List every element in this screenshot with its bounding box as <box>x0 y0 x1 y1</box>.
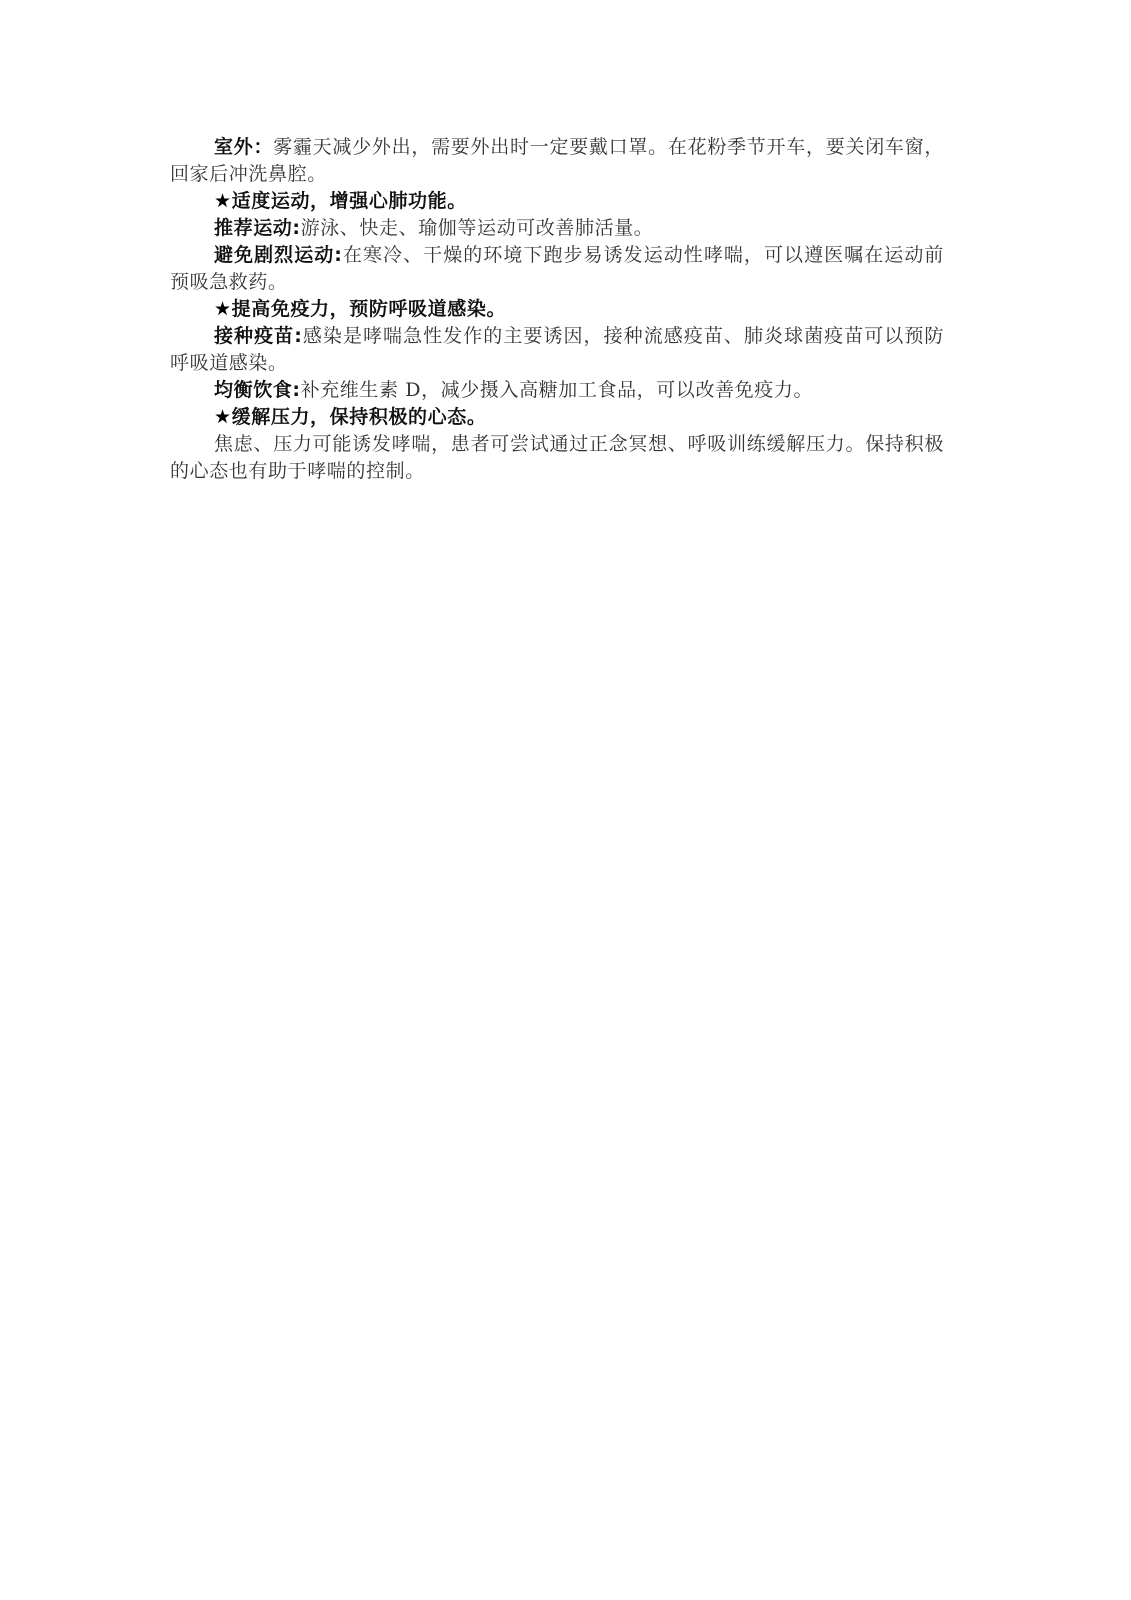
paragraph-balanced-diet: 均衡饮食:补充维生素 D，减少摄入高糖加工食品，可以改善免疫力。 <box>170 377 944 404</box>
paragraph-outdoor: 室外：雾霾天减少外出，需要外出时一定要戴口罩。在花粉季节开车，要关闭车窗，回家后… <box>170 134 944 188</box>
text-stress-relief: 焦虑、压力可能诱发哮喘，患者可尝试通过正念冥想、呼吸训练缓解压力。保持积极的心态… <box>170 433 944 482</box>
label-avoid-intense-exercise: 避免剧烈运动: <box>214 244 343 266</box>
paragraph-vaccination: 接种疫苗:感染是哮喘急性发作的主要诱因，接种流感疫苗、肺炎球菌疫苗可以预防呼吸道… <box>170 323 944 377</box>
star-icon: ★ <box>214 190 232 212</box>
paragraph-avoid-intense-exercise: 避免剧烈运动:在寒冷、干燥的环境下跑步易诱发运动性哮喘，可以遵医嘱在运动前预吸急… <box>170 242 944 296</box>
heading-exercise: ★适度运动，增强心肺功能。 <box>170 188 944 215</box>
document-page: 室外：雾霾天减少外出，需要外出时一定要戴口罩。在花粉季节开车，要关闭车窗，回家后… <box>170 134 944 485</box>
label-vaccination: 接种疫苗: <box>214 325 302 347</box>
label-outdoor: 室外： <box>214 136 273 158</box>
heading-exercise-text: 适度运动，增强心肺功能。 <box>232 190 467 212</box>
heading-immunity: ★提高免疫力，预防呼吸道感染。 <box>170 296 944 323</box>
heading-stress-text: 缓解压力，保持积极的心态。 <box>232 406 487 428</box>
label-balanced-diet: 均衡饮食: <box>214 379 301 401</box>
star-icon: ★ <box>214 298 232 320</box>
text-balanced-diet: 补充维生素 D，减少摄入高糖加工食品，可以改善免疫力。 <box>301 379 813 401</box>
text-recommended-exercise: 游泳、快走、瑜伽等运动可改善肺活量。 <box>301 217 654 239</box>
text-outdoor: 雾霾天减少外出，需要外出时一定要戴口罩。在花粉季节开车，要关闭车窗，回家后冲洗鼻… <box>170 136 944 185</box>
label-recommended-exercise: 推荐运动: <box>214 217 301 239</box>
heading-stress: ★缓解压力，保持积极的心态。 <box>170 404 944 431</box>
paragraph-stress-relief: 焦虑、压力可能诱发哮喘，患者可尝试通过正念冥想、呼吸训练缓解压力。保持积极的心态… <box>170 431 944 485</box>
heading-immunity-text: 提高免疫力，预防呼吸道感染。 <box>232 298 506 320</box>
paragraph-recommended-exercise: 推荐运动:游泳、快走、瑜伽等运动可改善肺活量。 <box>170 215 944 242</box>
star-icon: ★ <box>214 406 232 428</box>
